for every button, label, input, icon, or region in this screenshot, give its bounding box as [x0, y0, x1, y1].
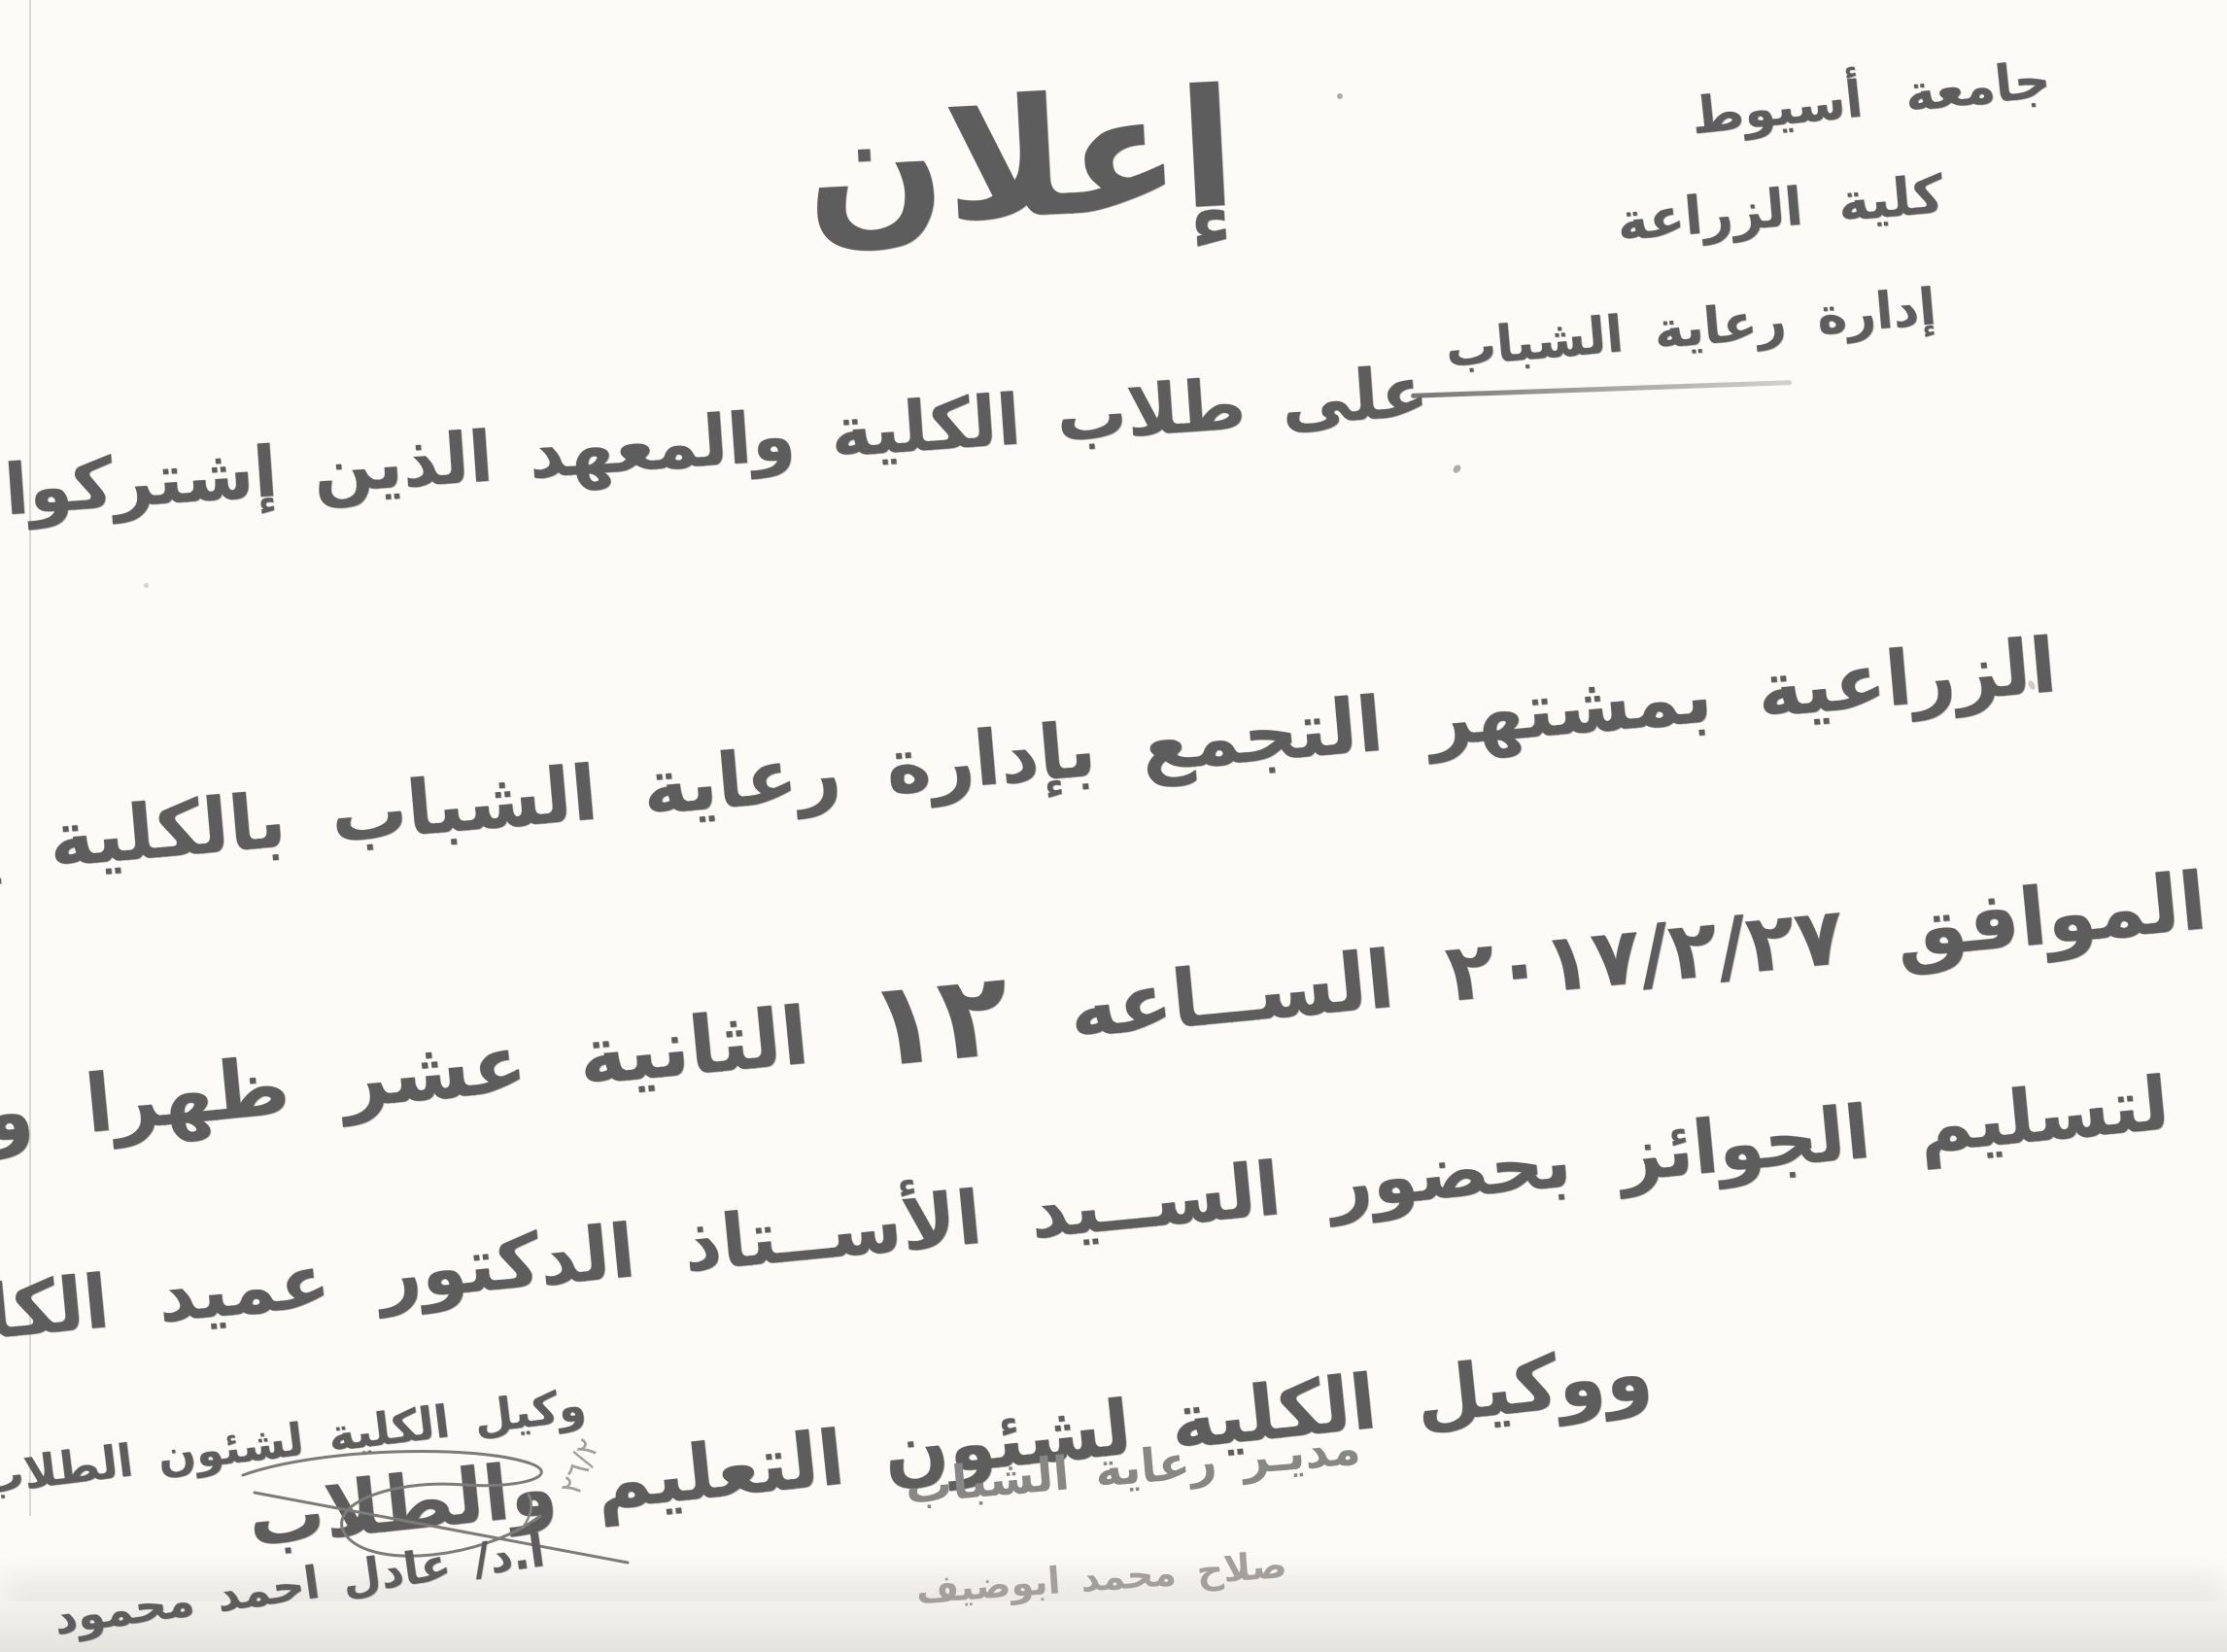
- body-line-2: الزراعية بمشتهر التجمع بإدارة رعاية الشب…: [0, 622, 2060, 925]
- time-number: ١٢: [862, 947, 1015, 1094]
- department-name: إدارة رعاية الشباب: [1443, 278, 1938, 379]
- ink-speck: [144, 583, 149, 588]
- faculty-name: كلية الزراعة: [1615, 163, 1946, 253]
- body-line-3-suffix: الثانية عشر ظهرا وذلك: [0, 990, 812, 1176]
- ink-speck: [1452, 464, 1462, 474]
- university-name: جامعة أسيوط: [1689, 51, 2053, 146]
- body-line-3-prefix: الموافق ٢٠١٧/٢/٢٧ الســاعه: [1065, 855, 2210, 1056]
- announcement-title: إعلان: [666, 46, 1374, 272]
- scanned-announcement-page: جامعة أسيوط كلية الزراعة إدارة رعاية الش…: [0, 0, 2227, 1652]
- scan-bottom-edge: [0, 1601, 2227, 1652]
- body-line-1: على طلاب الكلية والمعهد الذين إشتركوا في…: [0, 350, 1431, 559]
- department-underline: [1411, 380, 1792, 398]
